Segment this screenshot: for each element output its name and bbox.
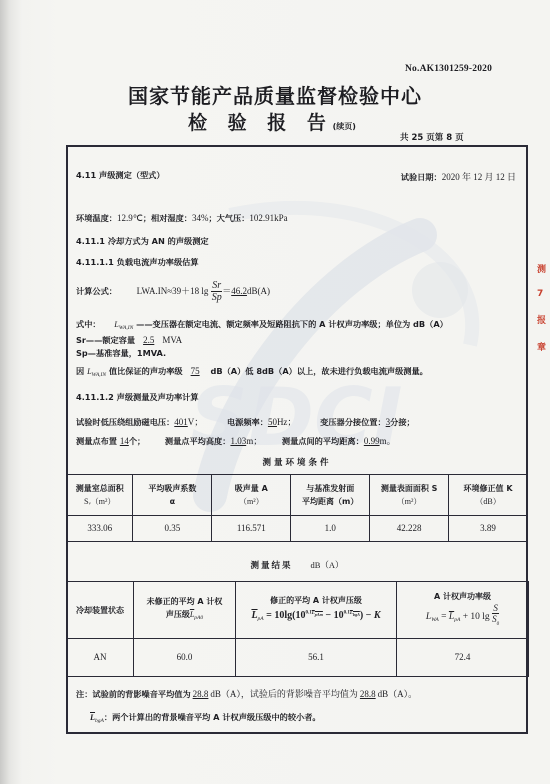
- header-line: （dB）: [475, 497, 500, 506]
- environment-table-title: 测量环境条件: [68, 456, 526, 468]
- header-cell: 环境修正值 K（dB）: [449, 475, 528, 516]
- stamp-char: 章: [537, 340, 547, 353]
- where-label: 式中：: [76, 319, 101, 329]
- subsection-4-11-1: 4.11.1 冷却方式为 AN 的声级测定: [76, 236, 209, 247]
- distance-label: 测量点间的平均距离：: [282, 436, 364, 446]
- formula-label: 计算公式：: [76, 286, 117, 296]
- results-table-title: 测量结果 dB（A）: [68, 559, 526, 571]
- noise-before-value: 28.8: [191, 689, 211, 699]
- definition-sp: Sp—基准容量，1MVA.: [76, 348, 166, 359]
- subsection-4-11-1-2: 4.11.1.2 声级测量及声功率计算: [76, 392, 199, 403]
- lpa-subscript: pA: [258, 616, 264, 622]
- test-date-label: 试验日期：: [401, 172, 442, 182]
- organization-title: 国家节能产品质量监督检验中心: [0, 80, 550, 109]
- header-cell: 测量室总面积Sᵥ（m²）: [67, 475, 133, 516]
- lwa-cell: 72.4: [397, 639, 529, 677]
- conclusion-middle: 值比保证的声功率级: [109, 366, 183, 376]
- header-cell: 平均吸声系数α: [133, 475, 212, 516]
- env-temp-label: 环境温度：: [76, 213, 117, 223]
- value-cell: 333.06: [67, 516, 133, 542]
- header-line: 与基准发射面: [306, 484, 354, 493]
- definition-sr: Sr——额定容量2.5MVA: [76, 335, 182, 346]
- points-value: 14: [120, 436, 129, 446]
- test-date-value: 2020 年 12 月 12 日: [442, 172, 516, 182]
- sr-value: 2.5: [135, 335, 162, 345]
- lwa-subscript: WA,IN: [119, 325, 133, 331]
- stamp-char: 测: [537, 262, 547, 275]
- guaranteed-level: 75: [183, 366, 208, 376]
- header-line: A 计权声功率级: [434, 592, 491, 601]
- header-line: 修正的平均 A 计权声压级: [270, 596, 362, 605]
- page-count: 共 25 页第 8 页: [400, 131, 464, 143]
- formula-equals: ＝: [222, 286, 231, 296]
- note-suffix: dB（A）。: [378, 689, 418, 699]
- note-line-2: LbgA：两个计算出的背景噪音平均 A 计权声级压级中的较小者。: [90, 712, 321, 724]
- stamp-char: 7: [537, 289, 547, 299]
- frequency-label: 电源频率：: [227, 417, 268, 427]
- subsection-4-11-1-1: 4.11.1.1 负载电流声功率级估算: [76, 257, 199, 268]
- noise-after-value: 28.8: [358, 689, 378, 699]
- results-table: 冷却装置状态 未修正的平均 A 计权 声压级LpA0 修正的平均 A 计权声压级…: [66, 581, 529, 677]
- header-cell-uncorrected: 未修正的平均 A 计权 声压级LpA0: [134, 582, 236, 639]
- environment-table-header: 测量室总面积Sᵥ（m²） 平均吸声系数α 吸声量 A（m²） 与基准发射面平均距…: [67, 475, 528, 516]
- header-cell-corrected: 修正的平均 A 计权声压级 LpA = 10lg(100.1LpAm − 100…: [236, 582, 397, 639]
- header-line: 平均吸声系数: [148, 484, 196, 493]
- value-cell: 116.571: [212, 516, 291, 542]
- env-humidity-label: ；相对湿度：: [143, 213, 192, 223]
- environment-line: 环境温度：12.9℃；相对湿度：34%；大气压：102.91kPa: [76, 213, 288, 224]
- seal-stamp-fragment: 测 7 报 章: [537, 262, 547, 392]
- section-title: 4.11 声级测定（型式）: [76, 170, 165, 181]
- corrected-formula: LpA = 10lg(100.1LpAm − 100.1LbgA) − K: [251, 610, 380, 621]
- note-prefix: 注：试验前的背影噪音平均值为: [76, 689, 191, 699]
- environment-table-row: 333.06 0.35 116.571 1.0 42.228 3.89: [67, 516, 528, 542]
- value-cell: 42.228: [370, 516, 449, 542]
- report-title-char: 告: [307, 112, 326, 134]
- header-cell: 与基准发射面平均距离（m）: [291, 475, 370, 516]
- report-title-char: 检: [188, 112, 207, 134]
- header-line: 平均距离（m）: [302, 497, 358, 506]
- header-cell-state: 冷却装置状态: [67, 582, 134, 639]
- results-title-text: 测量结果: [250, 561, 292, 571]
- height-label: 测量点平均高度：: [165, 436, 231, 446]
- report-frame: 4.11 声级测定（型式） 试验日期：2020 年 12 月 12 日 环境温度…: [66, 145, 528, 734]
- definition-lwa: 式中： LWA,IN ——变压器在额定电流、额定频率及短路阻抗下的 A 计权声功…: [76, 319, 448, 331]
- voltage-unit: V；: [188, 417, 204, 427]
- measurement-points-line: 测量点布置 14个； 测量点平均高度：1.03m； 测量点间的平均距离：0.99…: [76, 434, 396, 447]
- value-cell: 3.89: [449, 516, 528, 542]
- results-table-row: AN 60.0 56.1 72.4: [67, 639, 529, 677]
- voltage-label: 试验时低压绕组励磁电压：: [76, 417, 174, 427]
- frequency-value: 50: [268, 417, 277, 427]
- points-unit: 个；: [129, 436, 145, 446]
- lwa-subscript: WA,IN: [92, 372, 106, 378]
- fraction-numerator: Sr: [211, 280, 222, 292]
- formula-result: 46.2: [231, 286, 247, 296]
- note-middle: dB（A），试验后的背影噪音平均值为: [210, 689, 358, 699]
- header-line: 测量表面面积 S: [381, 484, 438, 493]
- env-pressure-label: ；大气压：: [208, 213, 249, 223]
- header-line: （m²）: [397, 497, 422, 506]
- lbga-subscript: bgA: [95, 718, 104, 724]
- height-unit: m；: [246, 436, 262, 446]
- report-number: No.AK1301259-2020: [405, 64, 492, 74]
- formula-unit: dB(A): [247, 286, 270, 296]
- env-pressure-value: 102.91kPa: [249, 213, 287, 223]
- value-cell: 0.35: [133, 516, 212, 542]
- conclusion-line: 因 LWA,IN 值比保证的声功率级75 dB（A）低 8dB（A）以上，故未进…: [76, 366, 428, 378]
- test-date: 试验日期：2020 年 12 月 12 日: [401, 170, 516, 183]
- stamp-char: 报: [537, 313, 547, 326]
- header-line: 声压级: [166, 610, 190, 619]
- header-cell: 吸声量 A（m²）: [212, 475, 291, 516]
- section-title-text: 4.11 声级测定（型式）: [76, 170, 165, 180]
- header-line: （m²）: [239, 497, 264, 506]
- height-value: 1.03: [230, 436, 246, 446]
- results-unit: dB（A）: [310, 560, 343, 570]
- points-label: 测量点布置: [76, 436, 117, 446]
- sr-label: Sr——额定容量: [76, 335, 135, 345]
- tap-label: 变压器分接位置：: [320, 417, 386, 427]
- header-line: α: [170, 497, 176, 506]
- env-humidity-value: 34%: [192, 213, 209, 223]
- value-cell: 1.0: [291, 516, 370, 542]
- header-cell: 测量表面面积 S（m²）: [370, 475, 449, 516]
- test-conditions-line: 试验时低压绕组励磁电压：401V； 电源频率：50Hz； 变压器分接位置：3分接…: [76, 415, 415, 428]
- header-line: 未修正的平均 A 计权: [147, 597, 223, 606]
- voltage-value: 401: [174, 417, 188, 427]
- note-definition: ：两个计算出的背景噪音平均 A 计权声级压级中的较小者。: [104, 712, 321, 722]
- lwa-formula: LWA = LpA + 10 lg SS0: [426, 612, 499, 622]
- distance-value: 0.99: [364, 436, 380, 446]
- state-cell: AN: [67, 639, 134, 677]
- conclusion-prefix: 因: [76, 366, 84, 376]
- header-line: 环境修正值 K: [464, 484, 513, 493]
- tap-unit: 分接；: [390, 417, 415, 427]
- conclusion-suffix: dB（A）低 8dB（A）以上，故未进行负载电流声级测量。: [210, 366, 427, 376]
- frequency-unit: Hz；: [277, 417, 297, 427]
- header-line: Sᵥ（m²）: [84, 497, 115, 506]
- continued-label: (续页): [333, 122, 356, 131]
- distance-unit: m。: [380, 436, 396, 446]
- header-line: 测量室总面积: [76, 484, 124, 493]
- formula-line: 计算公式： LWA.IN≈39＋18 lg SrSp＝46.2dB(A): [76, 280, 270, 303]
- report-title-char: 报: [267, 112, 286, 134]
- results-table-header: 冷却装置状态 未修正的平均 A 计权 声压级LpA0 修正的平均 A 计权声压级…: [67, 582, 529, 639]
- report-title-char: 验: [228, 112, 247, 134]
- note-line-1: 注：试验前的背影噪音平均值为28.8dB（A），试验后的背影噪音平均值为28.8…: [76, 687, 417, 700]
- fraction-denominator: Sp: [211, 292, 222, 303]
- env-temp-value: 12.9℃: [117, 213, 143, 223]
- formula-expression: LWA.IN≈39＋18 lg: [137, 286, 209, 296]
- uncorrected-cell: 60.0: [134, 639, 236, 677]
- sr-unit: MVA: [162, 335, 182, 345]
- formula-fraction: SrSp: [211, 280, 222, 303]
- corrected-cell: 56.1: [236, 639, 397, 677]
- report-title: 检 验 报 告 (续页): [188, 108, 356, 135]
- header-line: 吸声量 A: [235, 484, 268, 493]
- environment-table: 测量室总面积Sᵥ（m²） 平均吸声系数α 吸声量 A（m²） 与基准发射面平均距…: [66, 474, 528, 542]
- header-cell-lwa: A 计权声功率级 LWA = LpA + 10 lg SS0: [397, 582, 529, 639]
- lpa0-subscript: pA0: [194, 615, 203, 621]
- lwa-description: ——变压器在额定电流、额定频率及短路阻抗下的 A 计权声功率级；单位为 dB（A…: [136, 319, 448, 329]
